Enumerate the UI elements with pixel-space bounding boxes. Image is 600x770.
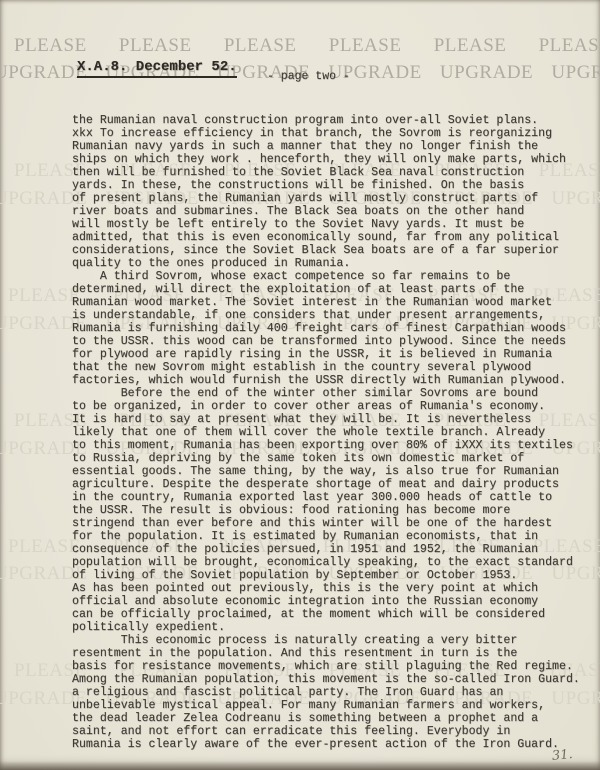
text-line: in the country, Rumania exported last ye… (72, 491, 580, 504)
text-line: likely that one of them will cover the w… (72, 426, 580, 439)
text-line: consequence of the policies persued, in … (72, 543, 580, 556)
text-line: river boats and submarines. The Black Se… (72, 205, 580, 218)
text-line: is understandable, if one considers that… (72, 309, 580, 322)
text-line: essential goods. The same thing, by the … (72, 465, 580, 478)
text-line: stringend than ever before and this wint… (72, 517, 580, 530)
text-line: yards. In these, the constructions will … (72, 179, 580, 192)
text-line: ships on which they work . henceforth, t… (72, 153, 580, 166)
text-line: basis for resistance movements, which ar… (72, 660, 580, 673)
text-line: considerations, since the Soviet Black S… (72, 244, 580, 257)
text-line: Among the Rumanian population, this move… (72, 673, 580, 686)
text-line: then will be furnished to the Soviet Bla… (72, 166, 580, 179)
text-line: of living of the Soviet population by Se… (72, 569, 580, 582)
page-label: - page two - (267, 70, 350, 83)
text-line: This economic process is naturally creat… (72, 634, 580, 647)
watermark-row-please: PLEASE PLEASE PLEASE PLEASE PLEASE PLEAS… (14, 36, 600, 55)
text-line: of present plans, the Rumanian yards wil… (72, 192, 580, 205)
text-line: to Russia, depriving by the same token i… (72, 452, 580, 465)
text-line: factories, which would furnish the USSR … (72, 374, 580, 387)
text-line: A third Sovrom, whose exact competence s… (72, 270, 580, 283)
text-line: the Rumanian naval construction program … (72, 114, 580, 127)
text-line: quality to the ones produced in Rumania. (72, 257, 580, 270)
text-line: unbelievable mystical appeal. For many R… (72, 699, 580, 712)
text-line: Before the end of the winter other simil… (72, 387, 580, 400)
text-line: admitted, that this is even economically… (72, 231, 580, 244)
text-line: will mostly be left entirely to the Sovi… (72, 218, 580, 231)
text-line: to be organized, in order to cover other… (72, 400, 580, 413)
text-line: Rumanian wood market. The Soviet interes… (72, 296, 580, 309)
text-line: official and absolute economic integrati… (72, 595, 580, 608)
text-line: a religious and fascist political party.… (72, 686, 580, 699)
text-line: Rumanian navy yards in such a manner tha… (72, 140, 580, 153)
text-line: the USSR. The result is obvious: food ra… (72, 504, 580, 517)
text-line: to this moment, Rumania has been exporti… (72, 439, 580, 452)
text-line: Rumania is furnishing daily 400 freight … (72, 322, 580, 335)
text-line: resentment in the population. And this r… (72, 647, 580, 660)
text-line: for the population. It is estimated by R… (72, 530, 580, 543)
scanned-document-page: PLEASE PLEASE PLEASE PLEASE PLEASE PLEAS… (0, 0, 600, 770)
text-line: for plywood are rapidly rising in the US… (72, 348, 580, 361)
text-line: agriculture. Despite the desperate short… (72, 478, 580, 491)
text-line: As has been pointed out previously, this… (72, 582, 580, 595)
document-reference: X.A.8. December 52. (77, 59, 237, 78)
text-line: the dead leader Zelea Codreanu is someth… (72, 712, 580, 725)
text-line: population will be brought, economically… (72, 556, 580, 569)
text-line: to the USSR. this wood can be transforme… (72, 335, 580, 348)
text-line: that the new Sovrom might establish in t… (72, 361, 580, 374)
text-line: It is hard to say at present what they w… (72, 413, 580, 426)
text-line: can be officially proclaimed, at the mom… (72, 608, 580, 621)
document-body: the Rumanian naval construction program … (72, 114, 580, 751)
text-line: Rumania is clearly aware of the ever-pre… (72, 738, 580, 751)
text-line: xkx To increase efficiency in that branc… (72, 127, 580, 140)
scan-bottom-edge-shadow (0, 761, 600, 770)
text-line: politically expedient. (72, 621, 580, 634)
text-line: determined, will direct the exploitation… (72, 283, 580, 296)
text-line: saint, and not effort can erradicate thi… (72, 725, 580, 738)
